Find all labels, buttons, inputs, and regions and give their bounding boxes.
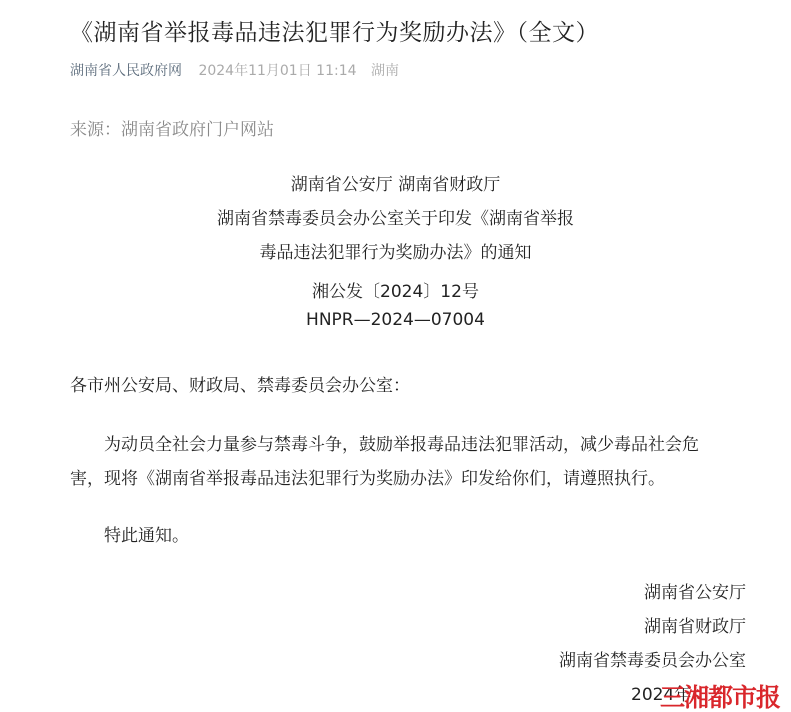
region-label: 湖南: [371, 63, 399, 79]
doc-number: 湘公发〔2024〕12号: [0, 277, 791, 302]
reg-number: HNPR—2024—07004: [0, 310, 791, 330]
publish-datetime: 2024年11月01日 11:14: [198, 63, 356, 79]
notice-header-line-3: 毒品违法犯罪行为奖励办法》的通知: [0, 238, 791, 263]
notice-header-line-2: 湖南省禁毒委员会办公室关于印发《湖南省举报: [0, 204, 791, 229]
closing: 特此通知。: [104, 521, 189, 546]
notice-header-line-1: 湖南省公安厅 湖南省财政厅: [0, 170, 791, 195]
article-meta: 湖南省人民政府网 2024年11月01日 11:14 湖南: [70, 60, 399, 80]
body-line-2: 害，现将《湖南省举报毒品违法犯罪行为奖励办法》印发给你们，请遵照执行。: [70, 464, 665, 489]
body-line-1: 为动员全社会力量参与禁毒斗争，鼓励举报毒品违法犯罪活动，减少毒品社会危: [104, 430, 699, 455]
signatory-3: 湖南省禁毒委员会办公室: [559, 646, 746, 671]
signatory-1: 湖南省公安厅: [644, 578, 746, 603]
salutation: 各市州公安局、财政局、禁毒委员会办公室：: [70, 371, 410, 396]
article-source: 来源：湖南省政府门户网站: [70, 115, 274, 140]
article-title: 《湖南省举报毒品违法犯罪行为奖励办法》（全文）: [70, 14, 599, 47]
publisher-link[interactable]: 湖南省人民政府网: [70, 63, 182, 79]
watermark-logo: 三湘都市报: [660, 678, 780, 712]
signatory-2: 湖南省财政厅: [644, 612, 746, 637]
